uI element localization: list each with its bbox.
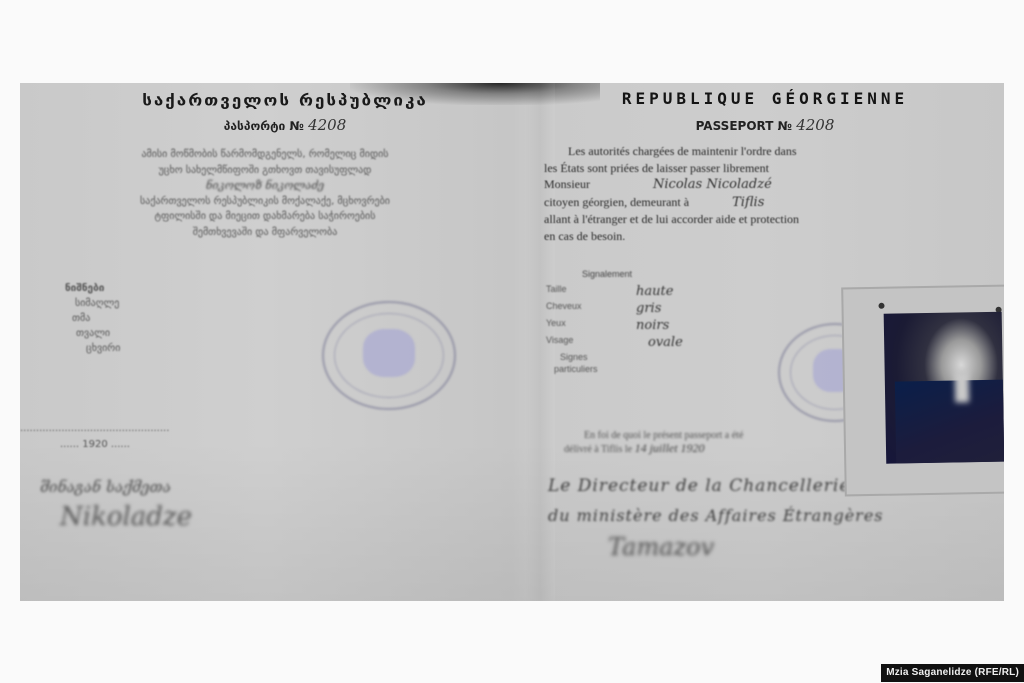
handwritten-name: ნიკოლოზ ნიკოლაძე [30,178,500,194]
body-line-monsieur: Monsieur Nicolas Nicoladzé [544,176,1002,194]
issue-date: En foi de quoi le présent passeport a ét… [564,429,884,456]
signalement-row: Cheveux gris [540,301,740,318]
issue-date-value: 14 juillet 1920 [635,441,705,455]
body-line: უცხო სახელმწიფოში გთხოვთ თავისუფლად [30,163,500,179]
photo-credit: Mzia Saganelidze (RFE/RL) [881,664,1024,682]
signalement-row: Signes [540,352,740,364]
signalement-label: Cheveux [540,301,636,318]
signalement-row: particuliers [540,364,740,381]
rivet-icon [878,303,884,309]
signalement-row: Visage ovale [540,335,740,352]
portrait-collar [955,372,970,402]
portrait-photo-frame [841,285,1004,497]
signalement-label: Taille [540,284,636,301]
signs-header: ნიშნები [20,281,170,296]
body-line: les États sont priées de laisser passer … [544,160,1002,177]
signalement-value: ovale [648,335,683,352]
georgian-body: ამისი მოწმობის წარმომდგენელს, რომელიც მი… [30,147,500,240]
georgian-title: საქართველოს რესპუბლიკა [120,92,450,110]
signs-row: თვალი [20,326,170,341]
ministry-name: du ministère des Affaires Étrangères [548,506,928,525]
signalement-label: Visage [540,335,636,352]
monsieur-label: Monsieur [544,177,590,191]
print-line: ...... 1920 ...... [20,437,380,453]
georgian-page: საქართველოს რესპუბლიკა პასპორტი № 4208 ა… [20,83,530,601]
date-line: délivré à Tiflis le [564,444,632,455]
body-line: Les autorités chargées de maintenir l'or… [544,143,1002,160]
signs-row: ცხვირი [20,341,170,356]
print-line: ........................................… [20,421,380,437]
residence-label: citoyen géorgien, demeurant à [544,195,689,209]
georgian-bottom-print: ........................................… [20,421,380,452]
signalement-row: Taille haute [540,284,740,301]
signalement-label: Signes [540,352,650,364]
french-title: REPUBLIQUE GÉORGIENNE [585,89,945,108]
residence-city: Tiflis [732,195,764,210]
signalement: Signalement Taille haute Cheveux gris Ye… [540,269,740,381]
french-passport-number: PASSEPORT № 4208 [585,116,945,134]
holder-name: Nicolas Nicoladzé [653,177,772,192]
body-line: en cas de besoin. [544,228,1002,245]
signature: Nikoladze [60,502,360,532]
passport-number: 4208 [308,116,346,134]
official-stamp [322,301,456,410]
signs-row: სიმაღლე [20,296,170,311]
director-signature: Tamazov [608,533,928,561]
georgian-passport-number: პასპორტი № 4208 [120,116,450,134]
signalement-label: Yeux [540,318,636,335]
body-line: ტფილისში და მიეცით დახმარება საჭიროების [30,209,500,225]
french-body: Les autorités chargées de maintenir l'or… [544,143,1002,244]
signalement-row: Yeux noirs [540,318,740,335]
body-line: საქართველოს რესპუბლიკის მოქალაქე, მცხოვრ… [30,194,500,210]
body-line: შემთხვევაში და მფარველობა [30,225,500,241]
signalement-label: particuliers [540,364,644,381]
passport-label: PASSEPORT № [696,119,792,133]
signalement-header: Signalement [540,269,740,284]
passport-label: პასპორტი № [224,119,304,133]
signalement-value: haute [636,284,673,301]
portrait-photo [884,312,1004,464]
body-line-residence: citoyen géorgien, demeurant à Tiflis [544,194,1002,212]
portrait-suit [895,379,1004,464]
passport-number: 4208 [796,116,834,134]
georgian-signature: შინაგან საქმეთა Nikoladze [20,478,360,532]
passport-photograph: საქართველოს რესპუბლიკა პასპორტი № 4208 ა… [20,83,1004,601]
date-line: En foi de quoi le présent passeport a ét… [564,429,884,442]
signs-row: თმა [20,311,170,326]
signalement-value: gris [636,301,661,318]
signature-title: შინაგან საქმეთა [40,478,360,496]
georgian-signs: ნიშნები სიმაღლე თმა თვალი ცხვირი [20,281,170,356]
body-line: ამისი მოწმობის წარმომდგენელს, რომელიც მი… [30,147,500,163]
body-line: allant à l'étranger et de lui accorder a… [544,211,1002,228]
signalement-value: noirs [636,318,669,335]
